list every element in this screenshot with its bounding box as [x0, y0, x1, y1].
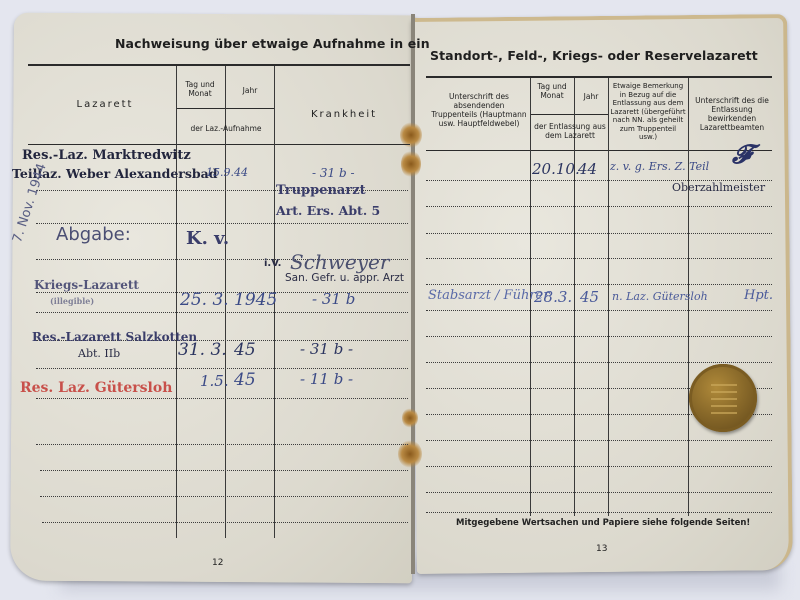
- stamp-salzkotten-line2: Abt. IIb: [78, 347, 120, 360]
- stamp-lazarett-1-line1: Res.-Laz. Marktredwitz: [22, 148, 191, 163]
- row-line: [426, 440, 772, 441]
- row-line: [40, 496, 408, 497]
- header-rule: [28, 64, 410, 66]
- column-header-jahr: Jahr: [228, 86, 272, 95]
- column-divider: [176, 66, 177, 538]
- handwritten-discharge-date-2: 28.3.: [534, 288, 572, 306]
- subheader-rule-right: [530, 114, 608, 115]
- row-line: [426, 466, 772, 467]
- handwritten-year-6: 45: [234, 370, 256, 390]
- book-spine: [411, 14, 415, 574]
- column-header-tag-monat-right: Tag und Monat: [532, 82, 572, 100]
- left-page-heading: Nachweisung über etwaige Aufnahme in ein: [115, 36, 430, 51]
- stamp-guetersloh: Res. Laz. Gütersloh: [20, 380, 172, 396]
- coin: [689, 364, 757, 432]
- stamp-kv: K. v.: [186, 228, 229, 249]
- row-line: [36, 398, 408, 399]
- stamp-truppenarzt-line1: Truppenarzt: [276, 183, 366, 198]
- column-header-unterschrift-lazarett: Unterschrift des die Entlassung bewirken…: [694, 96, 770, 132]
- handwritten-year-4: 1945: [234, 290, 277, 310]
- row-line: [426, 310, 772, 311]
- handwritten-year-5: 45: [234, 340, 256, 360]
- stamp-kriegslazarett-line2: (illegible): [50, 296, 94, 306]
- header-bottom-rule: [28, 144, 410, 145]
- handwritten-date-4: 25. 3.: [180, 290, 229, 310]
- stamp-salzkotten-line1: Res.-Lazarett Salzkotten: [32, 330, 197, 344]
- row-line: [426, 284, 772, 285]
- row-line: [426, 492, 772, 493]
- row-line: [426, 362, 772, 363]
- row-line: [426, 512, 772, 513]
- coin-relief: [711, 391, 737, 393]
- handwritten-bemerkung-2: n. Laz. Gütersloh: [612, 290, 708, 303]
- stamp-oberzahlmeister: Oberzahlmeister: [672, 181, 765, 194]
- row-line: [40, 470, 408, 471]
- signature-title: San. Gefr. u. appr. Arzt: [285, 272, 404, 284]
- row-line: [426, 233, 772, 234]
- coin-relief: [711, 405, 737, 407]
- handwritten-krankheit-4: - 31 b: [312, 290, 355, 308]
- coin-relief: [711, 384, 737, 386]
- stamp-abgabe: Abgabe:: [56, 224, 131, 245]
- row-line: [426, 336, 772, 337]
- row-line: [426, 258, 772, 259]
- header-bottom-rule-right: [426, 150, 772, 151]
- row-line: [426, 206, 772, 207]
- handwritten-signature-2: Hpt.: [744, 288, 773, 303]
- column-header-unterschrift-truppe: Unterschrift des absendenden Truppenteil…: [430, 92, 528, 128]
- column-header-lazarett: Lazarett: [40, 100, 170, 109]
- row-line: [42, 522, 408, 523]
- signature-scribble: 𝓕: [732, 140, 751, 171]
- handwritten-krankheit-5: - 31 b -: [300, 340, 353, 358]
- column-divider: [608, 78, 609, 516]
- footer-note: Mitgegebene Wertsachen und Papiere siehe…: [456, 518, 750, 528]
- handwritten-krankheit-1: - 31 b -: [312, 166, 355, 180]
- coin-relief: [711, 412, 737, 414]
- handwritten-discharge-year-2: 45: [580, 288, 599, 306]
- page-number-left: 12: [212, 558, 223, 568]
- handwritten-bemerkung-1: z. v. g. Ers. Z. Teil: [610, 160, 709, 173]
- column-header-aufnahme: der Laz.-Aufnahme: [178, 124, 274, 133]
- column-header-tag-monat: Tag und Monat: [178, 80, 222, 98]
- handwritten-discharge-date-1: 20.10.: [532, 160, 580, 178]
- header-rule-right: [426, 76, 772, 78]
- rust-stain: [402, 408, 418, 428]
- stamp-truppenarzt-line2: Art. Ers. Abt. 5: [276, 203, 380, 218]
- handwritten-krankheit-6: - 11 b -: [300, 370, 353, 388]
- signature-prefix: i.V.: [264, 258, 281, 269]
- right-page-heading: Standort-, Feld-, Kriegs- oder Reservela…: [430, 48, 758, 63]
- page-number-right: 13: [596, 544, 607, 554]
- column-divider: [574, 78, 575, 516]
- handwritten-date-6: 1.5.: [200, 372, 229, 390]
- coin-relief: [711, 398, 737, 400]
- handwritten-date-1: 15.9.44: [206, 166, 248, 179]
- handwritten-discharge-year-1: 44: [578, 160, 597, 178]
- column-header-bemerkung: Etwaige Bemerkung in Bezug auf die Entla…: [610, 82, 686, 142]
- handwritten-date-5: 31. 3.: [178, 340, 227, 360]
- rust-stain: [401, 150, 421, 178]
- signature-schweyer: Schweyer: [290, 250, 389, 274]
- row-line: [36, 444, 408, 445]
- handwritten-unterschrift-2: Stabsarzt / Führer: [428, 288, 549, 303]
- column-header-jahr-right: Jahr: [576, 92, 606, 101]
- column-header-krankheit: Krankheit: [280, 110, 408, 119]
- row-line: [36, 312, 408, 313]
- row-line: [36, 368, 408, 369]
- stamp-kriegslazarett-line1: Kriegs-Lazarett: [34, 278, 139, 292]
- column-header-entlassung: der Entlassung aus dem Lazarett: [534, 122, 606, 140]
